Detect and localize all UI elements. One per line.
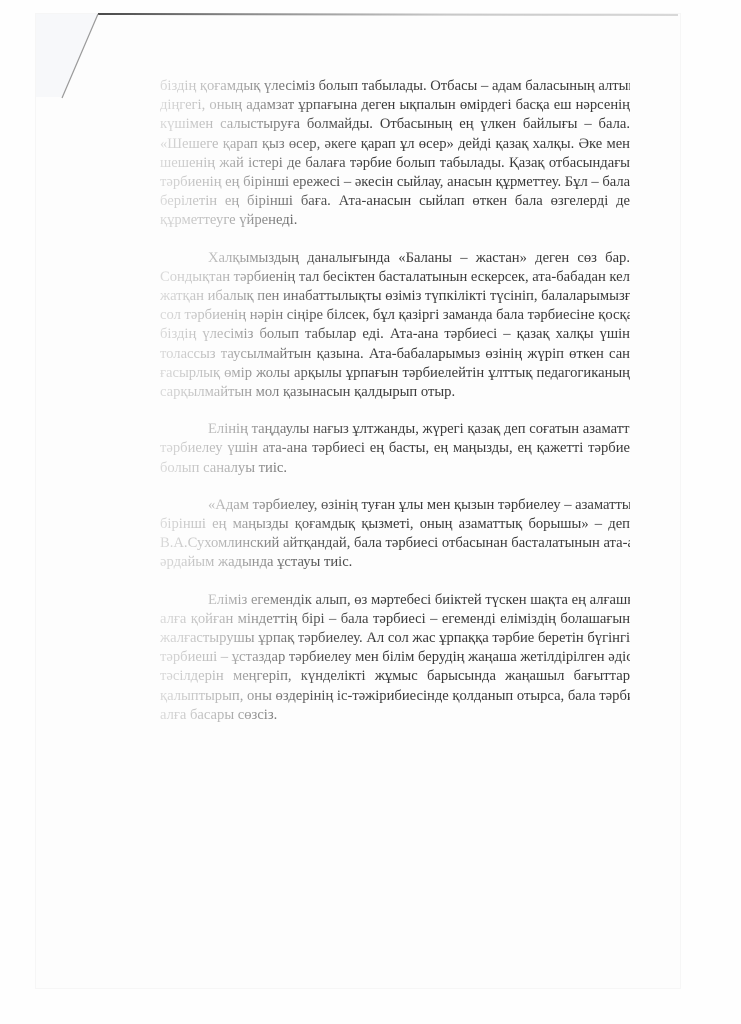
text-line: толассыз таусылмайтын қазына. Ата-бабала…: [160, 345, 630, 364]
text-line: «Шешеге қарап қыз өсер, әкеге қарап ұл ө…: [160, 135, 630, 154]
text-line: Сондықтан тәрбиенің тал бесіктен бастала…: [160, 268, 630, 287]
text-line: алға басары сөзсіз.: [160, 706, 630, 725]
text-line: ғасырлық өмір жолы арқылы ұрпағын тәрбие…: [160, 364, 630, 383]
text-line: жалғастырушы ұрпақ тәрбиелеу. Ал сол жас…: [160, 629, 630, 648]
text-line: шешенің жай істері де балаға тәрбие болы…: [160, 154, 630, 173]
paragraph: «Адам тәрбиелеу, өзінің туған ұлы мен қы…: [160, 496, 630, 573]
paragraph: біздің қоғамдық үлесіміз болып табылады.…: [160, 77, 630, 231]
text-line: діңгегі, оның адамзат ұрпағына деген ықп…: [160, 96, 630, 115]
text-line: тәрбиенің ең бірінші ережесі – әкесін сы…: [160, 173, 630, 192]
text-line: «Адам тәрбиелеу, өзінің туған ұлы мен қы…: [160, 496, 630, 515]
paragraph: Халқымыздың даналығында «Баланы – жастан…: [160, 249, 630, 403]
text-line: жатқан ибалық пен инабаттылықты өзіміз т…: [160, 287, 630, 306]
text-line: тәсілдерін меңгеріп, күнделікті жұмыс ба…: [160, 667, 630, 686]
text-line: Елінің таңдаулы нағыз ұлтжанды, жүрегі қ…: [160, 420, 630, 439]
text-line: В.А.Сухомлинский айтқандай, бала тәрбиес…: [160, 534, 630, 553]
text-line: сол тәрбиенің нәрін сіңіре білсек, бұл қ…: [160, 306, 630, 325]
text-line: алға қойған міндеттің бірі – бала тәрбие…: [160, 610, 630, 629]
document-body: біздің қоғамдық үлесіміз болып табылады.…: [160, 77, 630, 743]
text-line: болып саналуы тиіс.: [160, 459, 630, 478]
text-line: тәрбиеші – ұстаздар тәрбиелеу мен білім …: [160, 648, 630, 667]
text-line: бірінші ең маңызды қоғамдық қызметі, оны…: [160, 515, 630, 534]
text-line: тәрбиелеу үшін ата-ана тәрбиесі ең басты…: [160, 439, 630, 458]
text-line: күшімен салыстыруға болмайды. Отбасының …: [160, 115, 630, 134]
text-line: сарқылмайтын мол қазынасын қалдырып отыр…: [160, 383, 630, 402]
text-line: Халқымыздың даналығында «Баланы – жастан…: [160, 249, 630, 268]
text-line: қалыптырып, оны өздерінің іс-тәжірибиесі…: [160, 687, 630, 706]
text-line: әрдайым жадында ұстауы тиіс.: [160, 553, 630, 572]
text-line: біздің үлесіміз болып табылар еді. Ата-а…: [160, 325, 630, 344]
text-line: құрметтеуге үйренеді.: [160, 211, 630, 230]
paragraph: Елінің таңдаулы нағыз ұлтжанды, жүрегі қ…: [160, 420, 630, 478]
text-line: берілетін ең бірінші баға. Ата-анасын сы…: [160, 192, 630, 211]
text-line: Еліміз егемендік алып, өз мәртебесі биік…: [160, 591, 630, 610]
paragraph: Еліміз егемендік алып, өз мәртебесі биік…: [160, 591, 630, 725]
text-line: біздің қоғамдық үлесіміз болып табылады.…: [160, 77, 630, 96]
